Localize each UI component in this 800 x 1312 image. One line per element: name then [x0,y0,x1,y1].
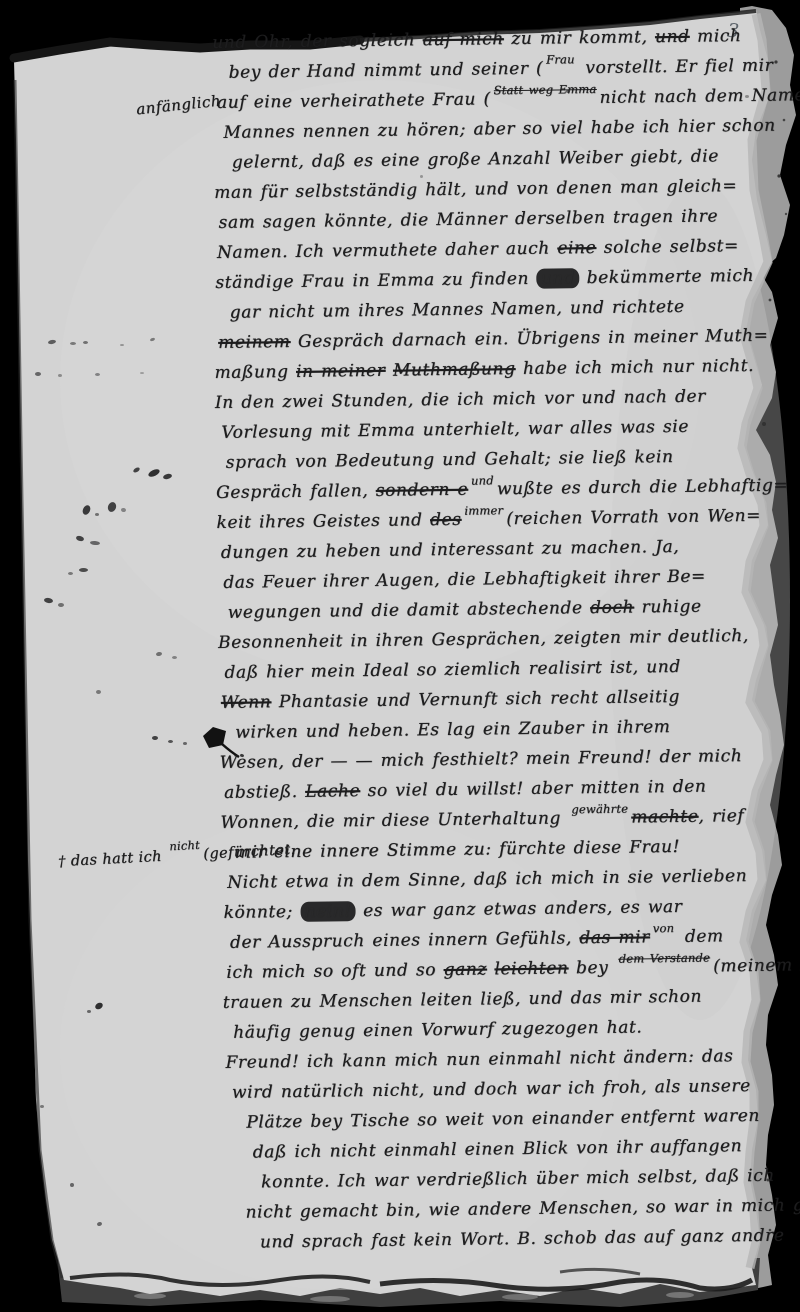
manuscript-text-segment: Statt weg Emma [494,89,597,91]
manuscript-text-segment: auf eine verheirathete Frau ( [217,89,491,113]
manuscript-text-segment: Namen. Ich vermuthete daher auch [217,238,558,262]
ink-smudge [168,740,173,743]
manuscript-text-segment: machte [631,807,698,828]
manuscript-text-segment: dem Verstande [619,958,710,960]
ink-smudge [40,1105,44,1108]
manuscript-text-segment: es war ganz etwas anders, es war [355,897,682,921]
ink-smudge [140,372,144,374]
manuscript-text-segment: gar nicht um ihres Mannes Namen, und ric… [230,297,685,323]
manuscript-text-segment: in meiner [296,361,386,382]
ink-smudge [745,95,749,98]
manuscript-text-segment: zu mir kommt, [504,27,655,49]
ink-smudge [58,374,62,377]
manuscript-text-segment: Wonnen, die mir diese Unterhaltung [220,808,568,833]
text-block: und Ohr, der sogleich auf mich zu mir ko… [210,21,792,1258]
manuscript-text-segment: Plätze bey Tische so weit von einander e… [246,1106,760,1133]
manuscript-text-segment: (meinem Zu= [713,955,800,977]
manuscript-text-segment: das Feuer ihrer Augen, die Lebhaftigkeit… [223,567,706,593]
manuscript-text-segment: Mannes nennen zu hören; aber so viel hab… [223,116,776,143]
manuscript-text-segment: solche selbst= [596,236,739,258]
manuscript-text-segment: immer [464,510,503,511]
manuscript-text-segment: und sprach fast kein Wort. B. schob das … [260,1226,785,1253]
manuscript-text-segment: ganz [443,959,487,980]
manuscript-text-segment: Besonnenheit in ihren Gesprächen, zeigte… [218,626,749,653]
manuscript-text-segment: In den zwei Stunden, die ich mich vor un… [215,387,706,413]
manuscript-text-segment: häufig genug einen Vorwurf zugezogen hat… [233,1017,642,1042]
manuscript-text-segment: könnte; [223,902,300,923]
ink-smudge [183,742,187,745]
manuscript-text-segment: ruhige [634,597,702,618]
manuscript-text-segment: auf mich [423,29,504,50]
ink-smudge [152,736,158,740]
manuscript-text-segment: bekümmerte mich [579,266,754,288]
ink-smudge [566,90,570,93]
manuscript-text-segment: meinem [218,332,291,353]
manuscript-text-segment: man für selbstständig hält, und von dene… [214,176,737,203]
manuscript-text-segment: ständige Frau in Emma zu finden [215,269,536,293]
manuscript-text-segment: und Ohr, der sogleich [212,30,423,53]
manuscript-text-segment: Phantasie und Vernunft sich recht allsei… [271,687,680,712]
manuscript-text-segment: sondern e [376,480,469,501]
ink-smudge [420,175,423,178]
ink-smudge [70,342,76,345]
ink-smudge [87,1010,91,1013]
manuscript-text-segment: nein! [300,901,355,922]
manuscript-text-segment: daß hier mein Ideal so ziemlich realisir… [224,657,681,683]
manuscript-text-segment: so viel du willst! aber mitten in den [360,777,707,802]
manuscript-text-segment: das mir [579,927,650,948]
manuscript-text-segment: dem [677,926,724,947]
ink-smudge [120,344,124,346]
manuscript-text-segment: der Ausspruch eines innern Gefühls, [230,928,580,953]
ink-smudge [58,603,64,607]
ink-smudge [35,372,41,376]
manuscript-text-segment: dungen zu heben und interessant zu mache… [221,537,680,563]
ink-smudge [79,568,88,572]
ink-smudge [172,656,177,659]
ink-smudge [68,572,73,575]
manuscript-text-segment: wußte es durch die Lebhaftig= [497,475,789,499]
manuscript-text-segment: gelernt, daß es eine große Anzahl Weiber… [232,146,719,172]
manuscript-text-segment: Vorlesung mit Emma unterhielt, war alles… [221,417,689,443]
manuscript-text-segment: leichten [494,958,568,979]
ink-smudge [83,341,88,344]
manuscript-text-segment: bey [568,958,616,979]
manuscript-scan-page: 3 anfänglich und Ohr, der sogleich auf m… [0,0,800,1312]
manuscript-text-segment: maßung [214,362,296,383]
manuscript-text-segment: (reichen Vorrath von Wen= [506,506,761,529]
manuscript-text-segment: habe ich mich nur nicht. [515,356,754,379]
ink-smudge [95,513,99,516]
ink-smudge [372,190,376,193]
manuscript-text-segment: des [430,510,462,530]
manuscript-text-segment: vorstellt. Er fiel mir [578,56,774,79]
manuscript-text-segment: trauen zu Menschen leiten ließ, und das … [223,987,702,1013]
ink-smudge [96,690,101,694]
manuscript-text-segment: abstieß. [224,782,305,803]
manuscript-text-segment: Nicht etwa in dem Sinne, daß ich mich in… [227,866,747,893]
manuscript-text-segment: und [655,27,690,47]
manuscript-text-segment: ich mich so oft und so [226,960,443,983]
manuscript-text-segment: Wesen, der — — mich festhielt? mein Freu… [219,746,742,773]
ink-smudge [95,373,100,376]
manuscript-text-segment: nicht gemacht bin, wie andere Menschen, … [245,1195,800,1223]
ink-smudge [762,422,766,426]
manuscript-text-segment: konnte. Ich war verdrießlich über mich s… [261,1166,775,1193]
manuscript-text-segment: sprach von Bedeutung und Gehalt; sie lie… [226,447,674,473]
manuscript-text-segment: sam sagen könnte, die Männer derselben t… [218,206,718,233]
manuscript-text-segment: keit ihres Geistes und [216,510,430,533]
manuscript-text-segment: nicht nach dem Namen ihres [599,84,800,108]
manuscript-text-segment: wirken und heben. Es lag ein Zauber in i… [235,717,670,743]
manuscript-text-segment: eine [557,238,596,259]
manuscript-text-segment: mir eine innere Stimme zu: fürchte diese… [235,837,681,863]
manuscript-text-segment: daß ich nicht einmahl einen Blick von ih… [253,1136,743,1162]
manuscript-text-segment: und [536,268,579,289]
margin-note-crossref-insert: nicht [169,845,200,847]
manuscript-text-segment: , rief [698,806,744,827]
manuscript-text-segment: Muthmaßung [393,359,516,381]
manuscript-text-segment: doch [590,597,634,618]
manuscript-text-segment: Freund! ich kann mich nun einmahl nicht … [225,1046,733,1073]
manuscript-text-segment: bey der Hand nimmt und seiner ( [228,59,543,83]
manuscript-text-segment: wird natürlich nicht, und doch war ich f… [232,1076,751,1103]
manuscript-text-segment: Gespräch darnach ein. Übrigens in meiner… [290,326,768,352]
manuscript-text-segment: wegungen und die damit abstechende [228,598,591,623]
manuscript-text-segment: Lache [305,781,360,802]
ink-smudge [70,1183,74,1187]
manuscript-text-segment: gewährte [571,809,628,810]
manuscript-text-segment: mich [689,26,741,47]
manuscript-text-segment: Gespräch fallen, [216,481,376,503]
manuscript-text-segment: Wenn [221,692,272,713]
